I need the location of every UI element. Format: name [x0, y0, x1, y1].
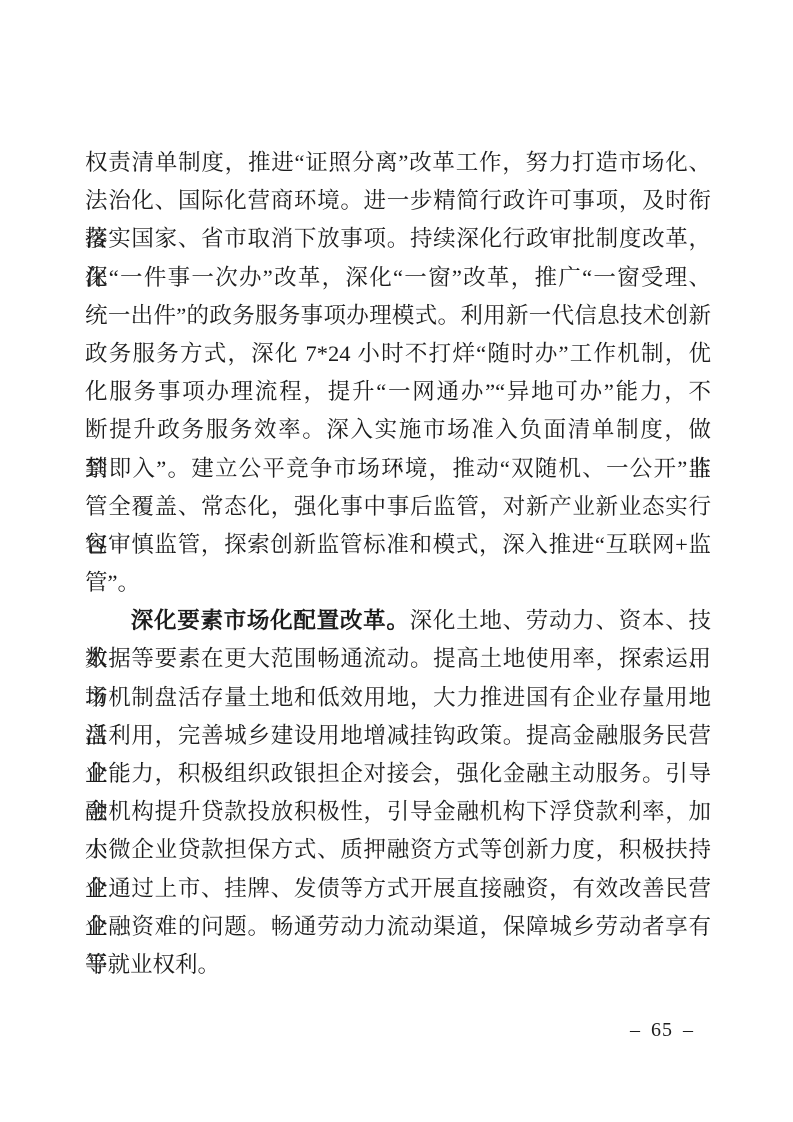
text-line: 活利用，完善城乡建设用地增减挂钩政策。提高金融服务民营企	[85, 717, 711, 755]
document-body: 权责清单制度，推进“证照分离”改革工作，努力打造市场化、法治化、国际化营商环境。…	[85, 144, 711, 984]
text-line: 管全覆盖、常态化，强化事中事后监管，对新产业新业态实行包	[85, 488, 711, 526]
text-line: 业能力，积极组织政银担企对接会，强化金融主动服务。引导金	[85, 755, 711, 793]
text-line: 深化要素市场化配置改革。深化土地、劳动力、资本、技术、	[85, 602, 711, 640]
text-line: 等就业权利。	[85, 946, 711, 984]
text-line: 化“一件事一次办”改革，深化“一窗”改革，推广“一窗受理、	[85, 259, 711, 297]
paragraph-indent	[85, 627, 130, 628]
text-line: 管”。	[85, 564, 711, 602]
text-line: 容审慎监管，探索创新监管标准和模式，深入推进“互联网+监	[85, 526, 711, 564]
text-line: 融机构提升贷款投放积极性，引导金融机构下浮贷款利率，加大	[85, 793, 711, 831]
text-line: 业通过上市、挂牌、发债等方式开展直接融资，有效改善民营企	[85, 870, 711, 908]
text-line: 落实国家、省市取消下放事项。持续深化行政审批制度改革，深	[85, 220, 711, 258]
text-line: 统一出件”的政务服务事项办理模式。利用新一代信息技术创新	[85, 297, 711, 335]
text-line: 断提升政务服务效率。深入实施市场准入负面清单制度，做到“非	[85, 411, 711, 449]
text-line: 数据等要素在更大范围畅通流动。提高土地使用率，探索运用市	[85, 640, 711, 678]
text-line: 场机制盘活存量土地和低效用地，大力推进国有企业存量用地盘	[85, 679, 711, 717]
text-line: 法治化、国际化营商环境。进一步精简行政许可事项，及时衔接	[85, 182, 711, 220]
text-line: 权责清单制度，推进“证照分离”改革工作，努力打造市场化、	[85, 144, 711, 182]
page-number: – 65 –	[630, 1018, 694, 1042]
paragraph-lead-bold: 深化要素市场化配置改革。	[130, 608, 410, 633]
document-page: 权责清单制度，推进“证照分离”改革工作，努力打造市场化、法治化、国际化营商环境。…	[0, 0, 793, 1122]
text-line: 禁即入”。建立公平竞争市场环境，推动“双随机、一公开”监	[85, 450, 711, 488]
text-line: 化服务事项办理流程，提升“一网通办”“异地可办”能力，不	[85, 373, 711, 411]
text-line: 业融资难的问题。畅通劳动力流动渠道，保障城乡劳动者享有平	[85, 908, 711, 946]
text-line: 政务服务方式，深化 7*24 小时不打烊“随时办”工作机制，优	[85, 335, 711, 373]
text-line: 小微企业贷款担保方式、质押融资方式等创新力度，积极扶持企	[85, 831, 711, 869]
